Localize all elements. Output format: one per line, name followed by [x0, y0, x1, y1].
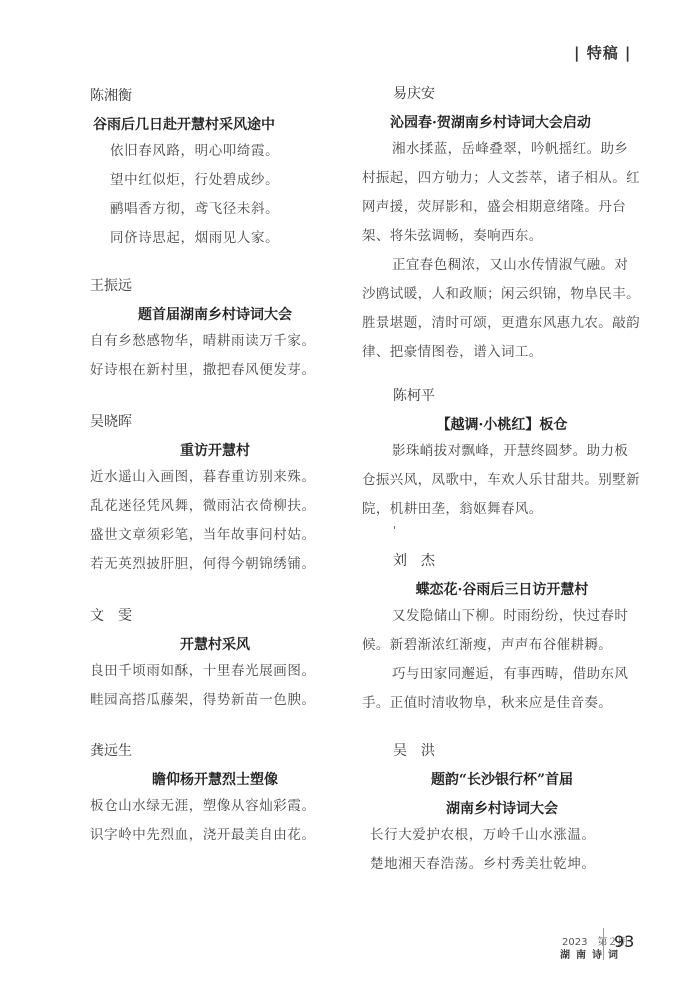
poem: 吴晓晖 重访开慧村 近水遥山入画图，暮春重访别来殊。 乱花迷径凭风舞，微雨沾衣倚…: [90, 412, 340, 579]
poem-line: 鹂唱香方彻，鸢飞径未斜。: [90, 195, 340, 224]
poem-line: 望中红似炬，行处碧成纱。: [90, 166, 340, 195]
poem: 王振远 题首届湖南乡村诗词大会 自有乡愁感物华，晴耕雨读万千家。 好诗根在新村里…: [90, 276, 340, 385]
poem-line: 板仓山水绿无涯，塑像从容灿彩霞。: [90, 792, 340, 821]
poem-paragraph: 又发隐储山下柳。时雨纷纷，快过春时候。新碧渐浓红渐瘦，声声布谷催耕耨。: [362, 602, 642, 660]
poem-line: 长行大爱护农根，万岭千山水涨温。: [362, 821, 642, 850]
poem-line: 良田千顷雨如酥，十里春光展画图。: [90, 657, 340, 686]
poem-title: 蝶恋花·谷雨后三日访开慧村: [362, 580, 642, 600]
footer-divider: [603, 928, 604, 960]
poem-author: 王振远: [90, 276, 340, 296]
poem-line: 识字岭中先烈血，浇开最美自由花。: [90, 821, 340, 850]
poem-title: 谷雨后几日赴开慧村采风途中: [90, 115, 340, 135]
poem: 吴 洪 题韵“长沙银行杯”首届 湖南乡村诗词大会 长行大爱护农根，万岭千山水涨温…: [362, 741, 642, 879]
poem-paragraph: 巧与田家同邂逅，有事西畴，借助东风手。正值时清收物阜，秋来应是佳音奏。: [362, 660, 642, 718]
poem: 文 雯 开慧村采风 良田千顷雨如酥，十里春光展画图。 畦园高搭瓜藤架，得势新苗一…: [90, 606, 340, 715]
poem-body: 又发隐储山下柳。时雨纷纷，快过春时候。新碧渐浓红渐瘦，声声布谷催耕耨。 巧与田家…: [362, 602, 642, 718]
poem: 陈湘衡 谷雨后几日赴开慧村采风途中 依旧春风路，明心叩绮霞。 望中红似炬，行处碧…: [90, 86, 340, 253]
poem-title: 沁园春·贺湖南乡村诗词大会启动: [362, 113, 642, 133]
poem-line: 若无英烈披肝胆，何得今朝锦绣铺。: [90, 550, 340, 579]
poem-title: 瞻仰杨开慧烈士塑像: [90, 770, 340, 790]
poem: 易庆安 沁园春·贺湖南乡村诗词大会启动 湘水揉蓝，岳峰叠翠，吟帆摇红。助乡村振起…: [362, 84, 642, 367]
poem-line: 盛世文章须彩笔，当年故事问村姑。: [90, 521, 340, 550]
poem-line: 畦园高搭瓜藤架，得势新苗一色腴。: [90, 686, 340, 715]
poem-line: 近水遥山入画图，暮春重访别来殊。: [90, 463, 340, 492]
poem-author: 文 雯: [90, 606, 340, 626]
poem-line: 自有乡愁感物华，晴耕雨读万千家。: [90, 327, 340, 356]
poem-title: 重访开慧村: [90, 441, 340, 461]
poem-line: 同侪诗思起，烟雨见人家。: [90, 224, 340, 253]
poem-title: 题首届湖南乡村诗词大会: [90, 305, 340, 325]
poem-author: 易庆安: [362, 84, 642, 104]
poem-paragraph: 正宜春色稠浓，又山水传情淑气融。对沙鸥试暖，人和政顺；闲云织锦，物阜民丰。胜景堪…: [362, 251, 642, 367]
poem-paragraph: 湘水揉蓝，岳峰叠翠，吟帆摇红。助乡村振起，四方劬力；人文荟萃，诸子相从。红网声援…: [362, 135, 642, 251]
poem-body: 影珠峭拔对飘峰，开慧终圆梦。助力板仓振兴风，凤歌中，车欢人乐甘甜共。别墅新院，机…: [362, 437, 642, 524]
poem-line: 依旧春风路，明心叩绮霞。: [90, 137, 340, 166]
poem: 陈柯平 【越调·小桃红】板仓 影珠峭拔对飘峰，开慧终圆梦。助力板仓振兴风，凤歌中…: [362, 386, 642, 524]
poem-author: 吴 洪: [362, 741, 642, 761]
poem: 刘 杰 蝶恋花·谷雨后三日访开慧村 又发隐储山下柳。时雨纷纷，快过春时候。新碧渐…: [362, 551, 642, 718]
poem-title: 【越调·小桃红】板仓: [362, 415, 642, 435]
poem-author: 刘 杰: [362, 551, 642, 571]
poem-paragraph: 影珠峭拔对飘峰，开慧终圆梦。助力板仓振兴风，凤歌中，车欢人乐甘甜共。别墅新院，机…: [362, 437, 642, 524]
section-tag: | 特稿 |: [574, 42, 631, 63]
poem-title: 题韵“长沙银行杯”首届: [362, 770, 642, 790]
poem-line: 好诗根在新村里，撒把春风便发芽。: [90, 356, 340, 385]
poem-title: 开慧村采风: [90, 635, 340, 655]
page-number: 93: [614, 932, 634, 951]
poem-author: 吴晓晖: [90, 412, 340, 432]
stray-mark: ': [393, 524, 396, 537]
poem: 龚远生 瞻仰杨开慧烈士塑像 板仓山水绿无涯，塑像从容灿彩霞。 识字岭中先烈血，浇…: [90, 741, 340, 850]
poem-line: 乱花迷径凭风舞，微雨沾衣倚柳扶。: [90, 492, 340, 521]
poem-author: 陈柯平: [362, 386, 642, 406]
poem-author: 陈湘衡: [90, 86, 340, 106]
poem-author: 龚远生: [90, 741, 340, 761]
poem-body: 湘水揉蓝，岳峰叠翠，吟帆摇红。助乡村振起，四方劬力；人文荟萃，诸子相从。红网声援…: [362, 135, 642, 367]
poem-title: 湖南乡村诗词大会: [362, 799, 642, 819]
poem-line: 楚地湘天春浩荡。乡村秀美壮乾坤。: [362, 850, 642, 879]
